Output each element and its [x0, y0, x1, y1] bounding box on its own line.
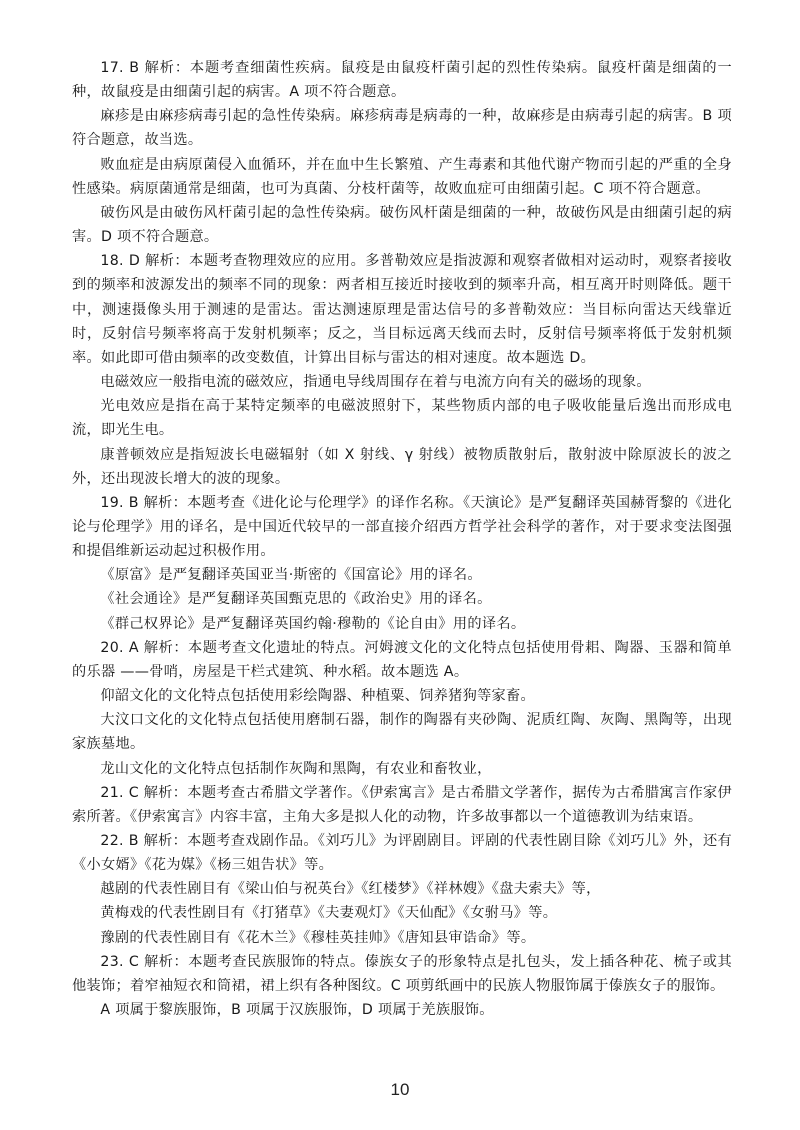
paragraph-q22-pingju: 22. B 解析：本题考查戏剧作品。《刘巧儿》为评剧剧目。评剧的代表性剧目除《刘…	[72, 829, 732, 877]
paragraph-q17-sepsis: 败血症是由病原菌侵入血循环，并在血中生长繁殖、产生毒素和其他代谢产物而引起的严重…	[72, 153, 732, 201]
paragraph-q22-huangmeixi: 黄梅戏的代表性剧目有《打猪草》《夫妻观灯》《天仙配》《女驸马》等。	[72, 901, 732, 925]
paragraph-q20-longshan: 龙山文化的文化特点包括制作灰陶和黑陶，有农业和畜牧业，	[72, 757, 732, 781]
paragraph-q19-shehuitongquan: 《社会通诠》是严复翻译英国甄克思的《政治史》用的译名。	[72, 587, 732, 611]
paragraph-q18-compton: 康普顿效应是指短波长电磁辐射（如 X 射线、γ 射线）被物质散射后，散射波中除原…	[72, 443, 732, 491]
paragraph-q20-yangshao: 仰韶文化的文化特点包括使用彩绘陶器、种植粟、饲养猪狗等家畜。	[72, 684, 732, 708]
paragraph-q23-dai-costume: 23. C 解析：本题考查民族服饰的特点。傣族女子的形象特点是扎包头，发上插各种…	[72, 950, 732, 998]
document-body: 17. B 解析：本题考查细菌性疾病。鼠疫是由鼠疫杆菌引起的烈性传染病。鼠疫杆菌…	[72, 56, 732, 1022]
paragraph-q18-doppler: 18. D 解析：本题考查物理效应的应用。多普勒效应是指波源和观察者做相对运动时…	[72, 249, 732, 370]
paragraph-q22-yuju: 豫剧的代表性剧目有《花木兰》《穆桂英挂帅》《唐知县审诰命》等。	[72, 926, 732, 950]
paragraph-q20-dawenkou: 大汶口文化的文化特点包括使用磨制石器，制作的陶器有夹砂陶、泥质红陶、灰陶、黑陶等…	[72, 708, 732, 756]
paragraph-q19-tianyanlun: 19. B 解析：本题考查《进化论与伦理学》的译作名称。《天演论》是严复翻译英国…	[72, 491, 732, 563]
paragraph-q17-plague: 17. B 解析：本题考查细菌性疾病。鼠疫是由鼠疫杆菌引起的烈性传染病。鼠疫杆菌…	[72, 56, 732, 104]
paragraph-q23-other-options: A 项属于黎族服饰，B 项属于汉族服饰，D 项属于羌族服饰。	[72, 998, 732, 1022]
paragraph-q19-yuanfu: 《原富》是严复翻译英国亚当·斯密的《国富论》用的译名。	[72, 563, 732, 587]
paragraph-q17-tetanus: 破伤风是由破伤风杆菌引起的急性传染病。破伤风杆菌是细菌的一种，故破伤风是由细菌引…	[72, 201, 732, 249]
paragraph-q20-hemudu: 20. A 解析：本题考查文化遗址的特点。河姆渡文化的文化特点包括使用骨耜、陶器…	[72, 636, 732, 684]
page-number: 10	[0, 1080, 800, 1100]
paragraph-q18-photoelectric: 光电效应是指在高于某特定频率的电磁波照射下，某些物质内部的电子吸收能量后逸出而形…	[72, 394, 732, 442]
paragraph-q22-yueju: 越剧的代表性剧目有《梁山伯与祝英台》《红楼梦》《祥林嫂》《盘夫索夫》等，	[72, 877, 732, 901]
paragraph-q17-measles: 麻疹是由麻疹病毒引起的急性传染病。麻疹病毒是病毒的一种，故麻疹是由病毒引起的病害…	[72, 104, 732, 152]
paragraph-q19-qunjiquanjielun: 《群己权界论》是严复翻译英国约翰·穆勒的《论自由》用的译名。	[72, 612, 732, 636]
paragraph-q21-aesop: 21. C 解析：本题考查古希腊文学著作。《伊索寓言》是古希腊文学著作，据传为古…	[72, 781, 732, 829]
paragraph-q18-electromagnetic: 电磁效应一般指电流的磁效应，指通电导线周围存在着与电流方向有关的磁场的现象。	[72, 370, 732, 394]
